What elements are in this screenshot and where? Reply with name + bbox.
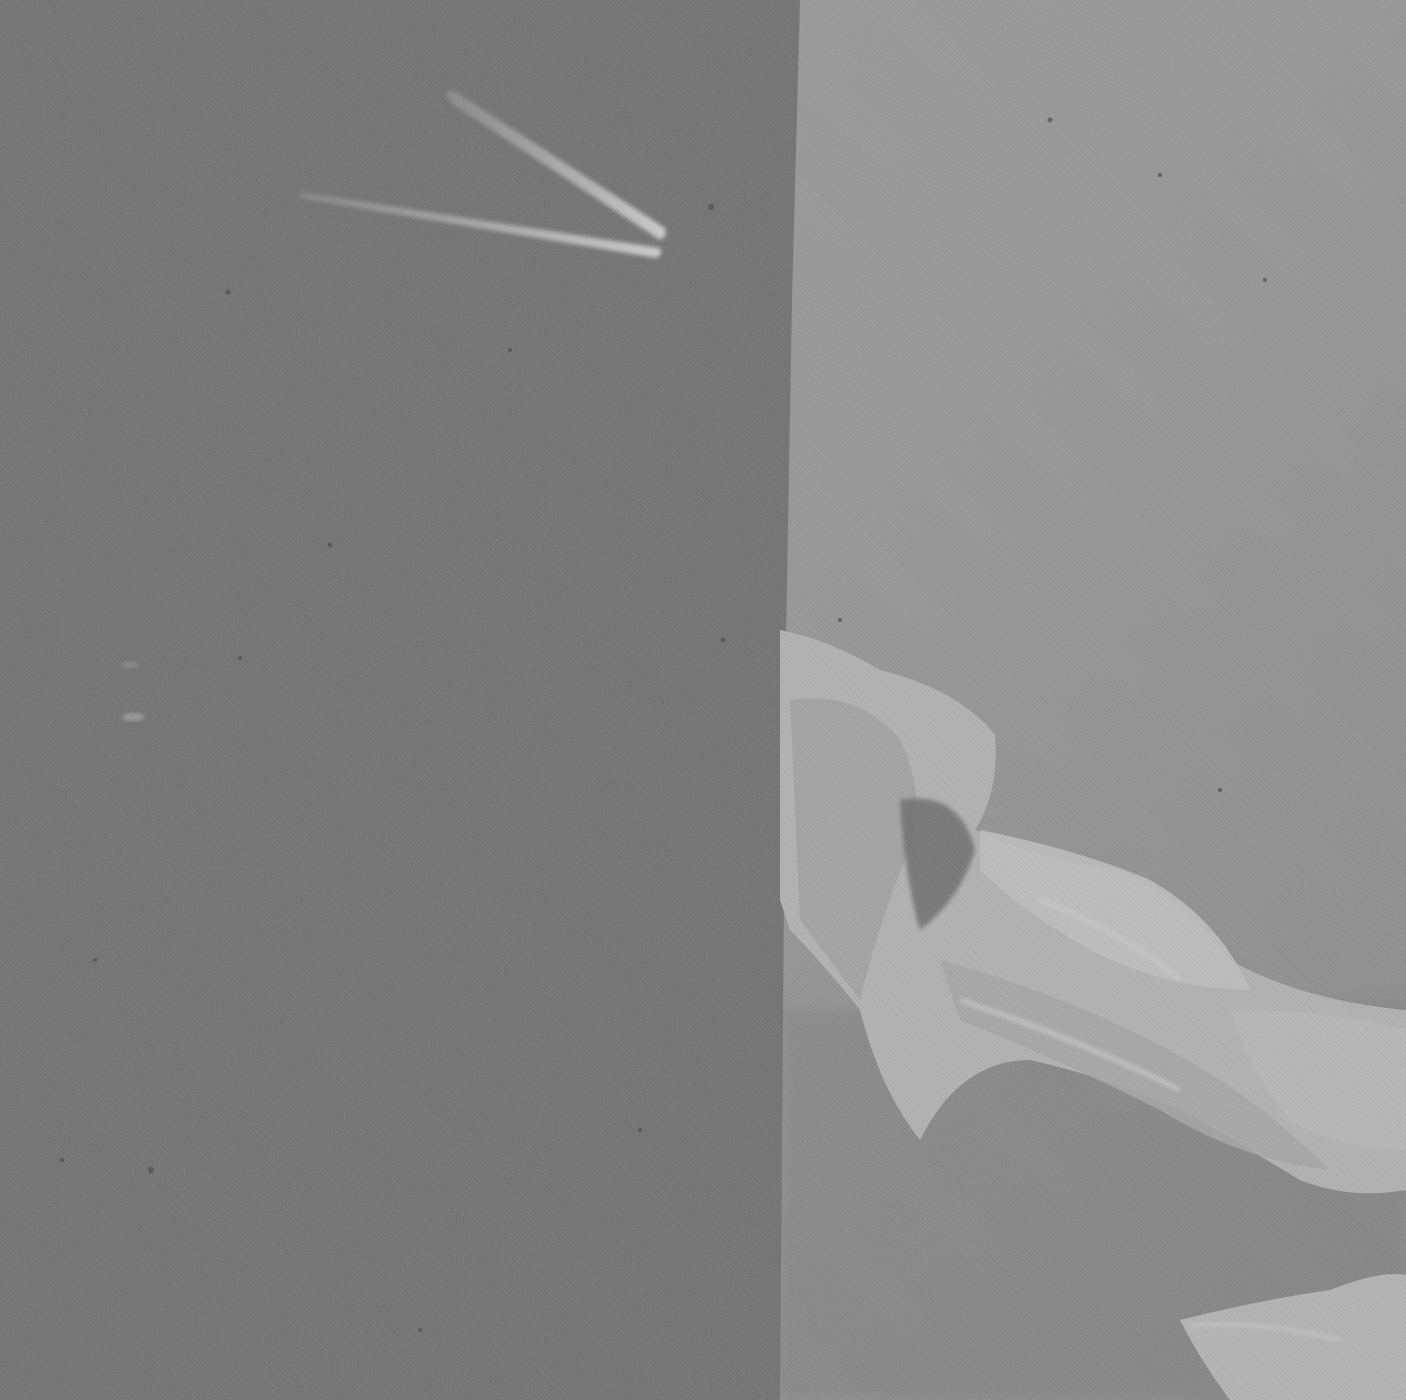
photograph: Grainy black-and-white halftone photogra… <box>0 0 1406 1400</box>
faint-mark <box>122 662 138 668</box>
photo-canvas <box>0 0 1406 1400</box>
faint-mark <box>122 713 144 721</box>
